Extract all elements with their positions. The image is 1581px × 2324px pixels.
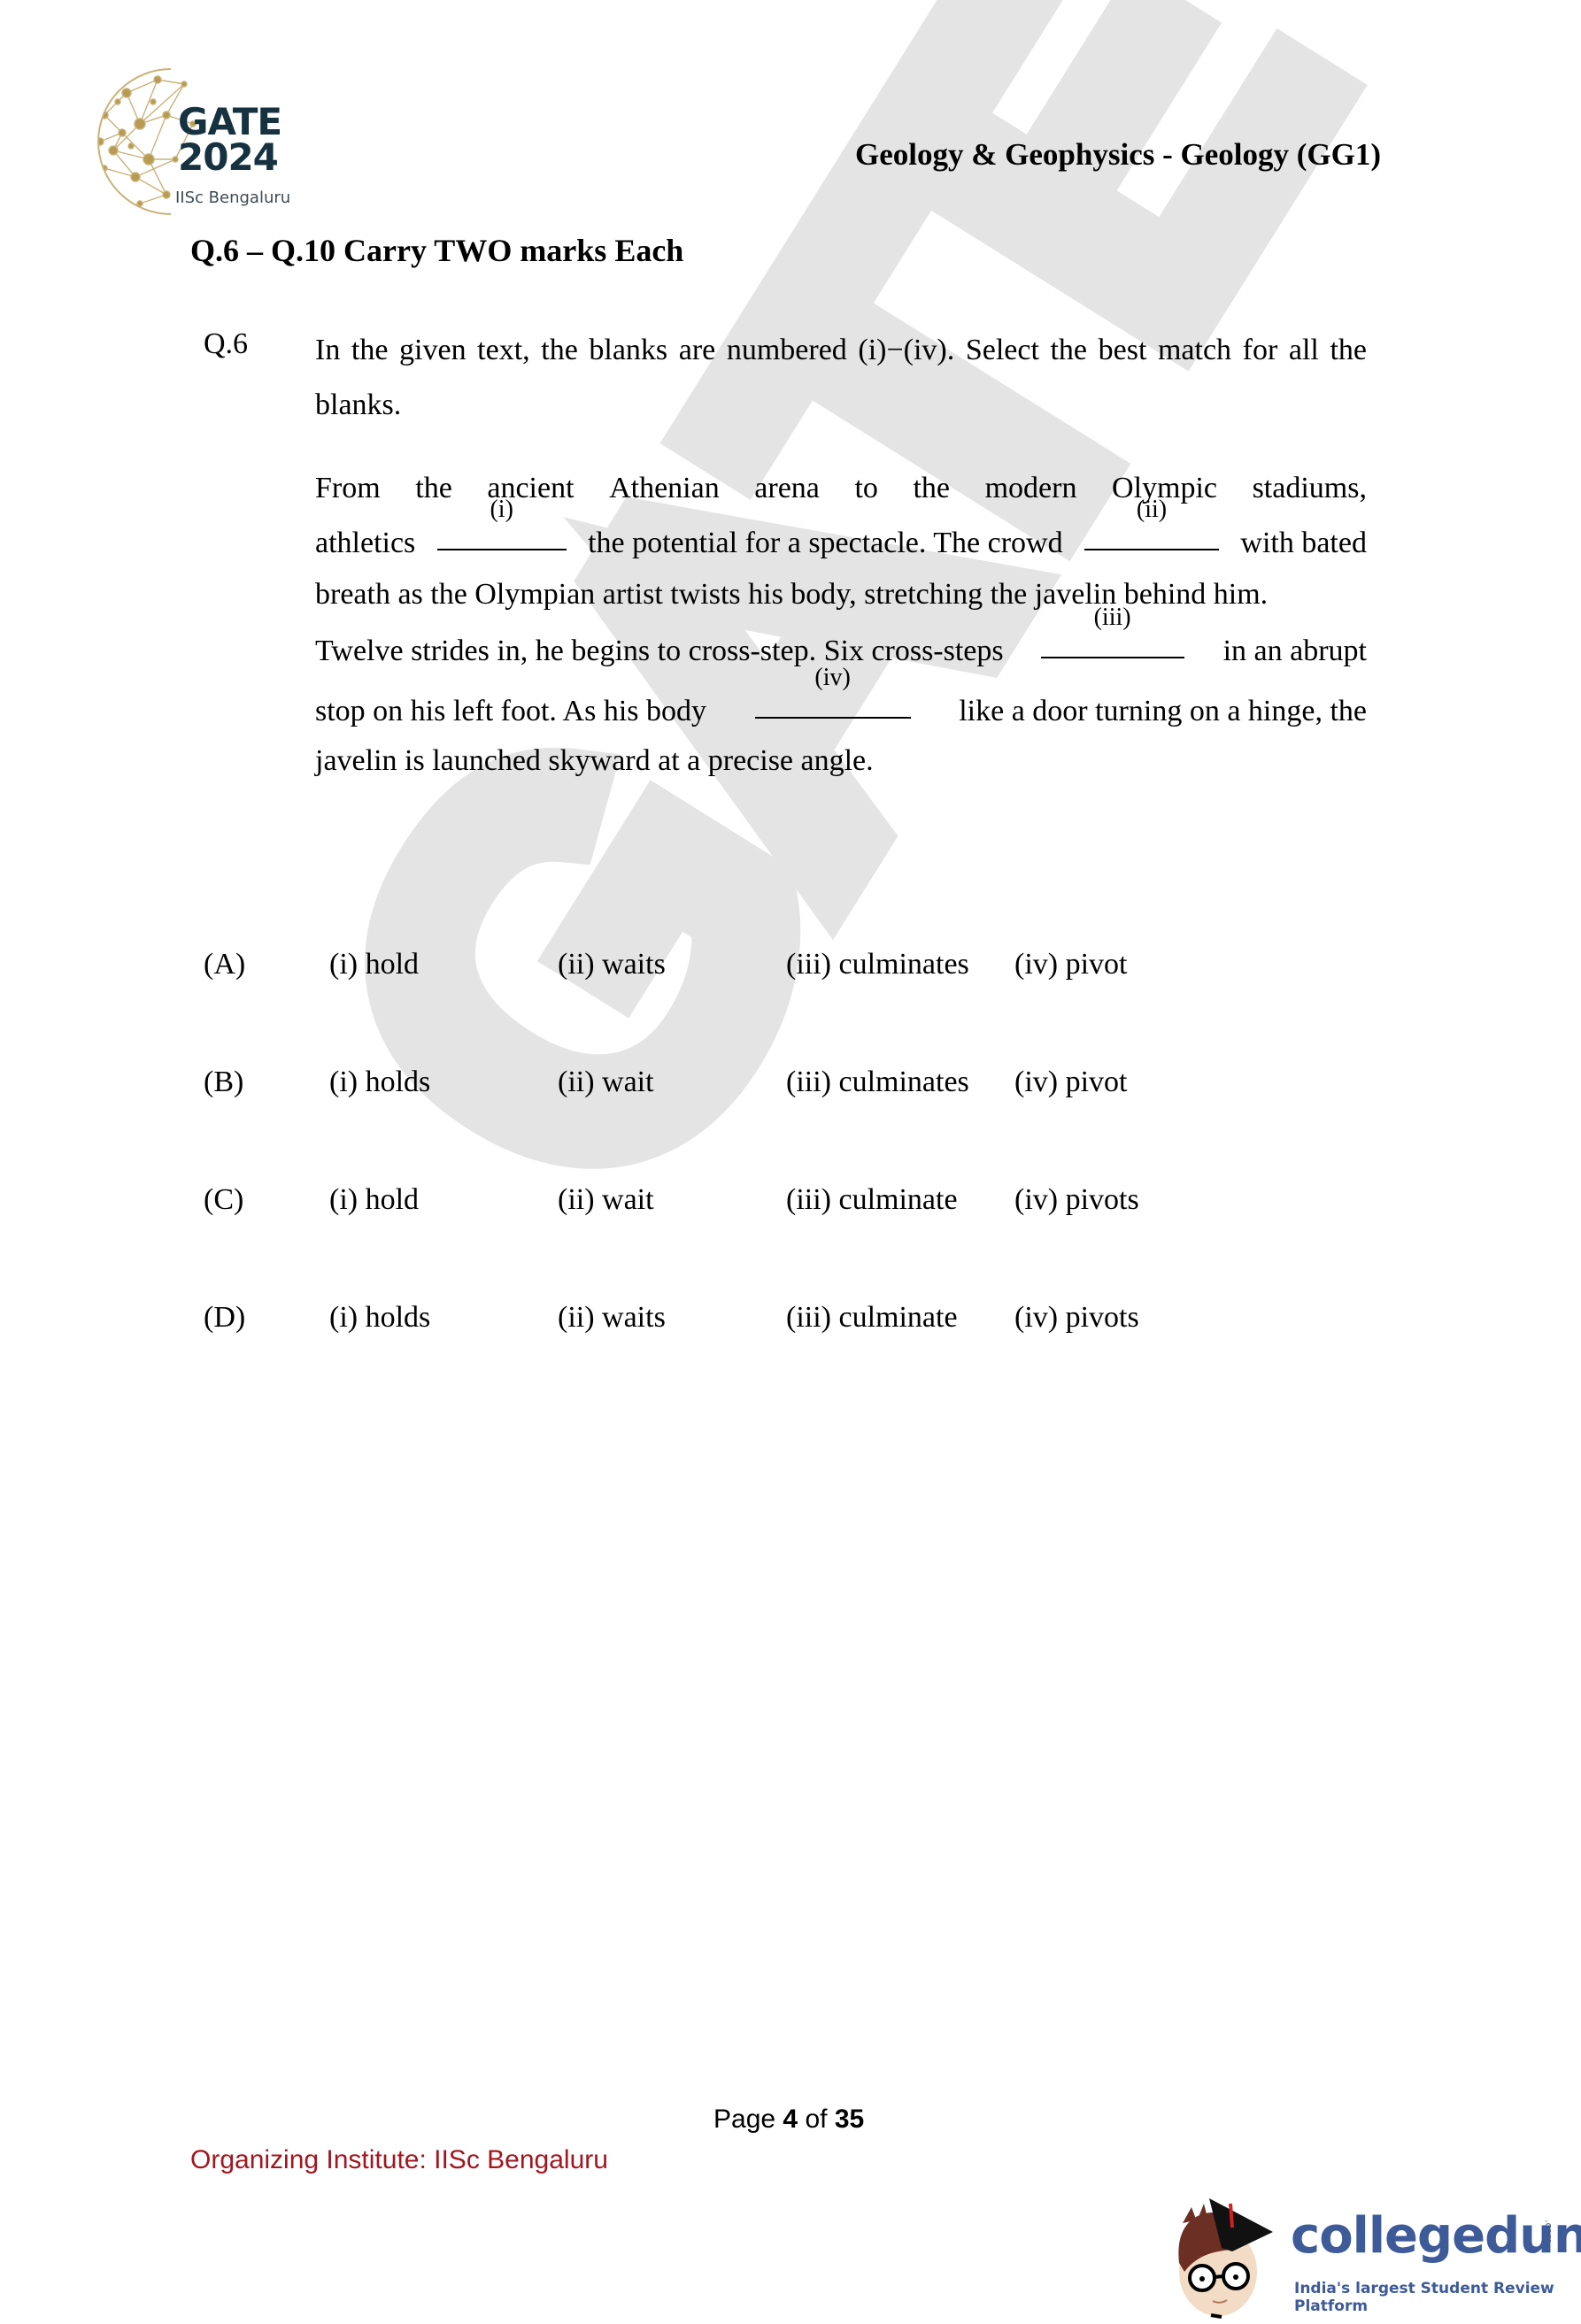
option-choice-iv: (iv) pivots <box>1014 1182 1139 1218</box>
passage-text: with bated <box>1240 517 1367 570</box>
option-choice-ii: (ii) waits <box>558 947 666 982</box>
option-choice-iv: (iv) pivots <box>1014 1300 1139 1335</box>
passage-line-5: stop on his left foot. As his body (iv) … <box>315 685 1367 738</box>
organizing-institute: Organizing Institute: IISc Bengaluru <box>190 2145 608 2175</box>
word: modern <box>985 462 1077 515</box>
question-prompt: In the given text, the blanks are number… <box>315 323 1367 433</box>
option-choice-iii: (iii) culminates <box>786 947 969 982</box>
passage-line-6: javelin is launched skyward at a precise… <box>315 735 1367 788</box>
collegedunia-logo: collegedunia .com India's largest Studen… <box>1167 2188 1574 2320</box>
blank-iv: (iv) <box>755 685 911 719</box>
passage-text: in an abrupt <box>1223 625 1367 678</box>
blank-i: (i) <box>437 517 567 550</box>
option-choice-i: (i) holds <box>329 1300 430 1335</box>
blank-label: (iii) <box>1041 605 1184 630</box>
passage-text: athletics <box>315 517 415 570</box>
option-choice-ii: (ii) wait <box>558 1065 654 1100</box>
option-choice-iii: (iii) culminates <box>786 1065 969 1100</box>
page-prefix: Page <box>713 2105 775 2134</box>
blank-label: (i) <box>437 497 567 522</box>
word: the <box>913 462 950 515</box>
word: arena <box>754 462 820 515</box>
page-number: Page 4 of 35 <box>713 2105 864 2135</box>
word: to <box>854 462 877 515</box>
passage-text: stop on his left foot. As his body <box>315 685 706 738</box>
option-choice-iv: (iv) pivot <box>1014 947 1127 982</box>
brand-tagline: India's largest Student Review Platform <box>1294 2280 1574 2315</box>
question-number: Q.6 <box>204 327 248 361</box>
page-current: 4 <box>783 2105 798 2134</box>
option-choice-ii: (ii) wait <box>558 1182 654 1218</box>
gate-logo-text: GATE 2024 <box>178 104 281 175</box>
word: stadiums, <box>1253 462 1367 515</box>
graduate-mascot-icon <box>1167 2188 1280 2320</box>
passage-text: the potential for a spectacle. The crowd <box>588 517 1063 570</box>
passage-text: javelin is launched skyward at a precise… <box>315 735 874 788</box>
option-letter: (B) <box>204 1065 243 1100</box>
blank-iii: (iii) <box>1041 625 1184 658</box>
blank-label: (iv) <box>755 666 911 690</box>
gate-logo-line1: GATE <box>178 104 281 140</box>
passage: From the ancient Athenian arena to the m… <box>315 462 1367 788</box>
brand-suffix: .com <box>1543 2220 1554 2243</box>
passage-line-3: breath as the Olympian artist twists his… <box>315 568 1367 621</box>
passage-line-2: athletics (i) the potential for a specta… <box>315 517 1367 570</box>
gate-logo: GATE 2024 IISc Bengaluru <box>87 62 299 217</box>
option-choice-i: (i) hold <box>329 1182 419 1218</box>
page-total: 35 <box>835 2105 864 2134</box>
option-choice-iii: (iii) culminate <box>786 1300 958 1335</box>
option-letter: (C) <box>204 1182 243 1218</box>
paper-title: Geology & Geophysics - Geology (GG1) <box>855 137 1381 173</box>
blank-label: (ii) <box>1084 497 1219 522</box>
option-letter: (D) <box>204 1300 245 1335</box>
option-choice-i: (i) hold <box>329 947 419 982</box>
gate-logo-line2: 2024 <box>178 140 281 175</box>
option-choice-iv: (iv) pivot <box>1014 1065 1127 1100</box>
brand-name: collegedunia <box>1291 2207 1581 2265</box>
gate-logo-subtitle: IISc Bengaluru <box>175 189 290 207</box>
option-choice-ii: (ii) waits <box>558 1300 666 1335</box>
section-heading: Q.6 – Q.10 Carry TWO marks Each <box>190 232 683 269</box>
passage-text: like a door turning on a hinge, the <box>959 685 1367 738</box>
option-choice-i: (i) holds <box>329 1065 430 1100</box>
word: From <box>315 462 381 515</box>
word: Athenian <box>609 462 720 515</box>
option-choice-iii: (iii) culminate <box>786 1182 958 1218</box>
page-of: of <box>805 2105 827 2134</box>
option-letter: (A) <box>204 947 245 982</box>
blank-ii: (ii) <box>1084 517 1219 550</box>
